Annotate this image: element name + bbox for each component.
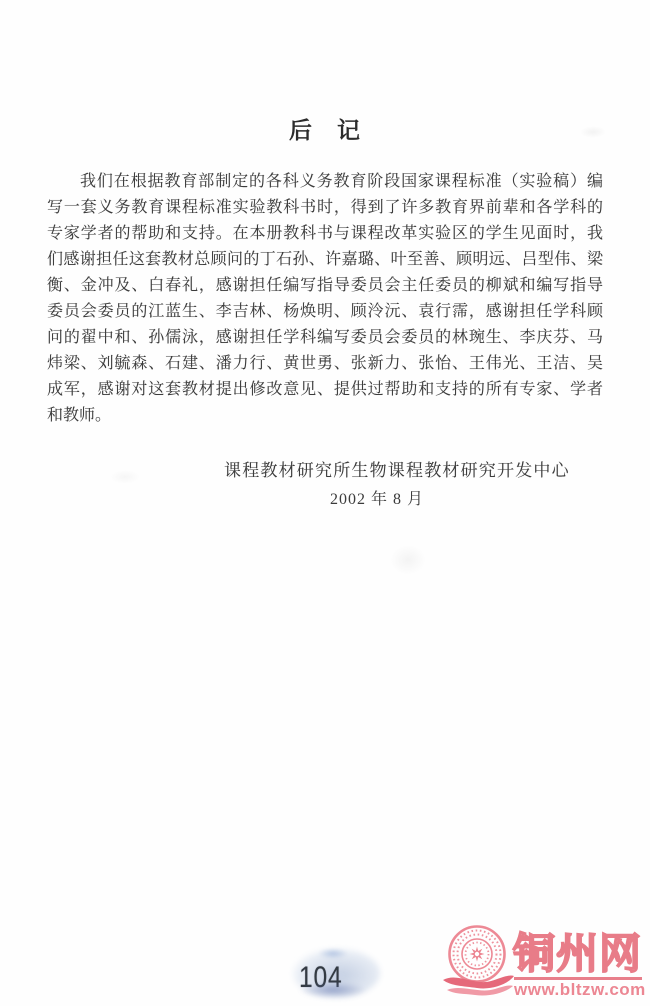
paragraph-line: 专家学者的帮助和支持。在本册教科书与课程改革实验区的学生见面时，我 <box>47 221 603 247</box>
signature-line: 课程教材研究所生物课程教材研究开发中心 <box>224 456 570 481</box>
page-title: 后 记 <box>0 112 650 145</box>
paragraph-line: 成军，感谢对这套教材提出修改意见、提供过帮助和支持的所有专家、学者 <box>47 377 603 403</box>
watermark-seal-emblem-icon <box>441 924 515 996</box>
paragraph-line: 衡、金冲及、白春礼，感谢担任编写指导委员会主任委员的柳斌和编写指导 <box>47 273 603 299</box>
scan-noise <box>390 545 426 575</box>
date-line: 2002 年 8 月 <box>330 486 424 509</box>
scan-noise <box>110 470 140 484</box>
paragraph-line: 写一套义务教育课程标准实验教科书时，得到了许多教育界前辈和各学科的 <box>47 195 603 221</box>
paragraph-line: 炜梁、刘毓森、石建、潘力行、黄世勇、张新力、张怡、王伟光、王洁、吴 <box>47 351 603 377</box>
scanned-book-page: 后 记 我们在根据教育部制定的各科义务教育阶段国家课程标准（实验稿）编写一套义务… <box>0 0 650 1006</box>
paragraph-line: 问的翟中和、孙儒泳，感谢担任学科编写委员会委员的林琬生、李庆芬、马 <box>47 325 603 351</box>
scan-noise <box>580 126 606 138</box>
paragraph-line: 委员会委员的江蓝生、李吉林、杨焕明、顾泠沅、袁行霈，感谢担任学科顾 <box>47 299 603 325</box>
ink-smudge <box>318 948 348 959</box>
ink-smudge <box>300 982 366 998</box>
watermark-site-name: 铜州网 <box>513 932 650 976</box>
paragraph-line: 我们在根据教育部制定的各科义务教育阶段国家课程标准（实验稿）编 <box>47 169 603 195</box>
paragraph-line: 和教师。 <box>47 403 603 429</box>
afterword-paragraph: 我们在根据教育部制定的各科义务教育阶段国家课程标准（实验稿）编写一套义务教育课程… <box>47 169 603 429</box>
paragraph-line: 们感谢担任这套教材总顾问的丁石孙、许嘉璐、叶至善、顾明远、吕型伟、梁 <box>47 247 603 273</box>
watermark-site-url: www.bltzw.com <box>514 980 646 1000</box>
